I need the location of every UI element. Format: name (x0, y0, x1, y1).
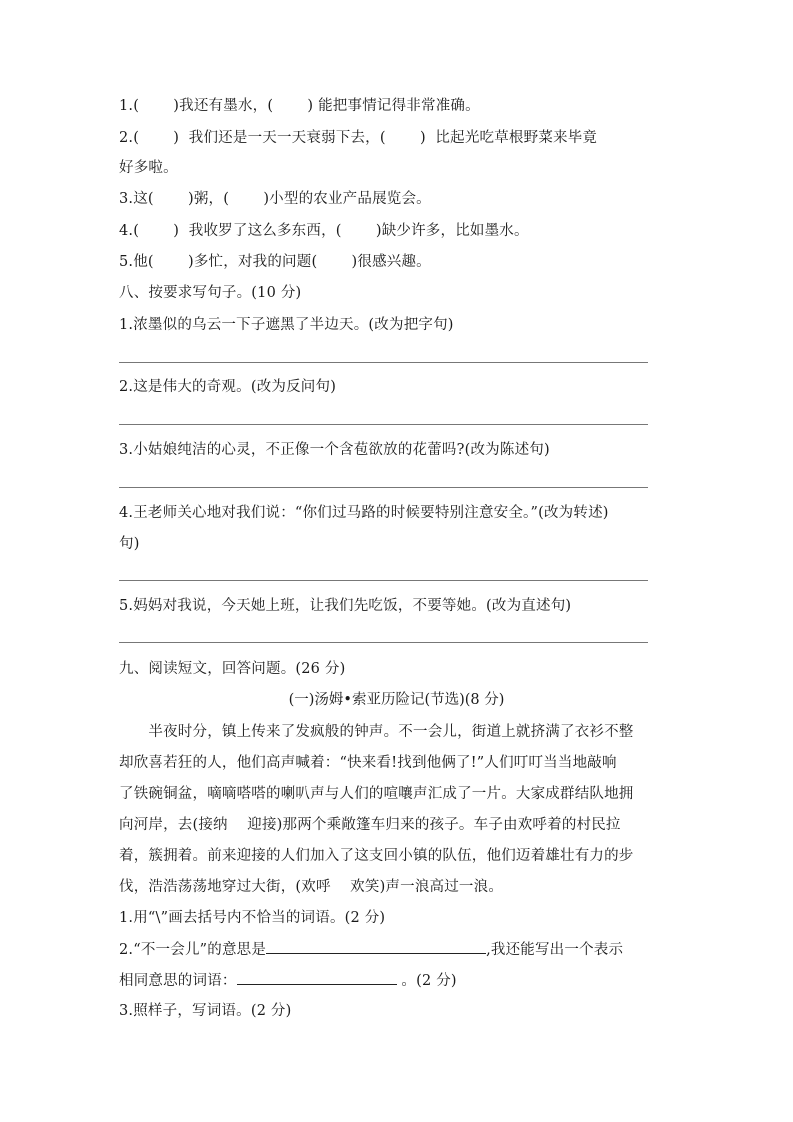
answer-line-1[interactable] (119, 362, 648, 363)
answer-line-5[interactable] (119, 642, 648, 643)
passage-line-1: 半夜时分，镇上传来了发疯般的钟声。不一会儿，街道上就挤满了衣衫不整 (119, 722, 634, 742)
question-3: 3.照样子，写词语。(2 分) (119, 1001, 291, 1021)
fill-blank-1: 1.( )我还有墨水，( ) 能把事情记得非常准确。 (119, 96, 480, 116)
section8-item-4-cont: 句) (119, 534, 140, 554)
fill-blank-5: 5.他( )多忙，对我的问题( )很感兴趣。 (119, 252, 431, 272)
section8-item-1: 1.浓墨似的乌云一下子遮黑了半边天。(改为把字句) (119, 315, 454, 335)
passage-title: (一)汤姆•索亚历险记(节选)(8 分) (0, 690, 793, 710)
section8-item-5: 5.妈妈对我说，今天她上班，让我们先吃饭，不要等她。(改为直述句) (119, 596, 571, 616)
question-2: 2.“不一会儿”的意思是,我还能写出一个表示 (119, 939, 623, 960)
section8-title: 八、按要求写句子。(10 分) (119, 283, 301, 303)
question-2-line2-prefix: 相同意思的词语： (119, 973, 237, 989)
exam-page: 1.( )我还有墨水，( ) 能把事情记得非常准确。 2.( ) 我们还是一天一… (0, 0, 793, 1122)
question-2-suffix: ,我还能写出一个表示 (486, 942, 623, 958)
passage-line-6: 伐，浩浩荡荡地穿过大街，(欢呼 欢笑)声一浪高过一浪。 (119, 877, 503, 897)
fill-blank-2: 2.( ) 我们还是一天一天衰弱下去，( ) 比起光吃草根野菜来毕竟 (119, 128, 597, 148)
question-2-cont: 相同意思的词语： 。(2 分) (119, 970, 457, 991)
fill-blank-4: 4.( ) 我收罗了这么多东西，( )缺少许多，比如墨水。 (119, 221, 529, 241)
answer-line-3[interactable] (119, 487, 648, 488)
fill-blank-3: 3.这( )粥，( )小型的农业产品展览会。 (119, 189, 431, 209)
passage-line-3: 了铁碗铜盆，嘀嘀嗒嗒的喇叭声与人们的喧嚷声汇成了一片。大家成群结队地拥 (119, 784, 634, 804)
section9-title: 九、阅读短文，回答问题。(26 分) (119, 659, 345, 679)
passage-line-5: 着，簇拥着。前来迎接的人们加入了这支回小镇的队伍，他们迈着雄壮有力的步 (119, 846, 634, 866)
question-1: 1.用“\”画去括号内不恰当的词语。(2 分) (119, 908, 385, 928)
question-2-line2-suffix: 。(2 分) (397, 973, 457, 989)
section8-item-3: 3.小姑娘纯洁的心灵，不正像一个含苞欲放的花蕾吗?(改为陈述句) (119, 440, 550, 460)
fill-blank-2-cont: 好多啦。 (119, 158, 178, 178)
section8-item-2: 2.这是伟大的奇观。(改为反问句) (119, 377, 336, 397)
answer-line-4[interactable] (119, 580, 648, 581)
passage-line-4: 向河岸，去(接纳 迎接)那两个乘敞篷车归来的孩子。车子由欢呼着的村民拉 (119, 815, 621, 835)
answer-line-2[interactable] (119, 424, 648, 425)
question-2-prefix: 2.“不一会儿”的意思是 (119, 942, 266, 958)
passage-line-2: 却欣喜若狂的人，他们高声喊着：“快来看!找到他俩了!”人们叮叮当当地敲响 (119, 753, 617, 773)
question-2-blank-1[interactable] (266, 939, 486, 954)
question-2-blank-2[interactable] (237, 970, 397, 985)
section8-item-4: 4.王老师关心地对我们说：“你们过马路的时候要特别注意安全。”(改为转述) (119, 503, 609, 523)
